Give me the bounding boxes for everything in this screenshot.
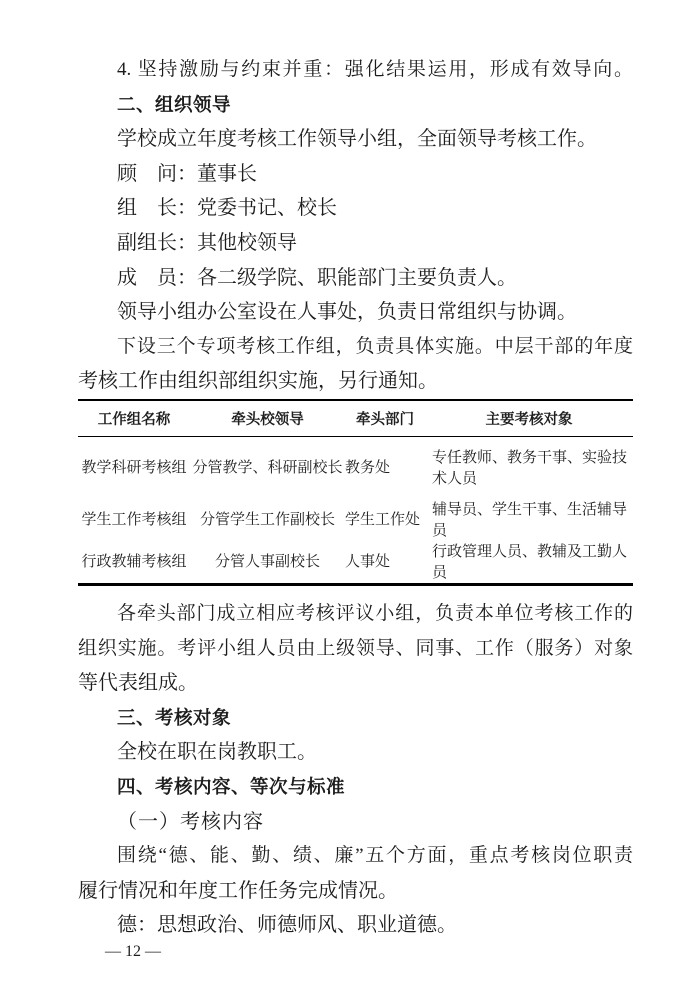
groups-paragraph-line-1: 下设三个专项考核工作组，负责具体实施。中层干部的年度	[78, 330, 633, 365]
review-panel-line-3: 等代表组成。	[78, 666, 633, 701]
cell-lead-leader: 分管教学、科研副校长	[190, 436, 345, 499]
cell-group-name: 学生工作考核组	[78, 499, 190, 541]
section-4-subheading-1: （一）考核内容	[78, 805, 633, 840]
groups-paragraph-line-2: 考核工作由组织部组织实施，另行通知。	[78, 364, 633, 399]
section-2-heading: 二、组织领导	[78, 88, 633, 123]
cell-lead-leader: 分管人事副校长	[190, 541, 345, 585]
col-header-group-name: 工作组名称	[78, 400, 190, 437]
section-4-heading: 四、考核内容、等次与标准	[78, 770, 633, 805]
role-advisor: 顾 问：董事长	[78, 157, 633, 192]
cell-main-targets: 行政管理人员、教辅及工勤人员	[425, 541, 633, 585]
col-header-main-targets: 主要考核对象	[425, 400, 633, 437]
col-header-lead-department: 牵头部门	[345, 400, 425, 437]
cell-lead-department: 人事处	[345, 541, 425, 585]
cell-main-targets: 专任教师、教务干事、实验技术人员	[425, 436, 633, 499]
assessment-groups-table: 工作组名称 牵头校领导 牵头部门 主要考核对象 教学科研考核组 分管教学、科研副…	[78, 399, 633, 586]
office-line: 领导小组办公室设在人事处，负责日常组织与协调。	[78, 295, 633, 330]
page-number: — 12 —	[78, 944, 633, 959]
table-row: 行政教辅考核组 分管人事副校长 人事处 行政管理人员、教辅及工勤人员	[78, 541, 633, 585]
table-header-row: 工作组名称 牵头校领导 牵头部门 主要考核对象	[78, 400, 633, 437]
cell-lead-department: 教务处	[345, 436, 425, 499]
table-row: 学生工作考核组 分管学生工作副校长 学生工作处 辅导员、学生干事、生活辅导员	[78, 499, 633, 541]
cell-lead-department: 学生工作处	[345, 499, 425, 541]
review-panel-line-1: 各牵头部门成立相应考核评议小组，负责本单位考核工作的	[78, 597, 633, 632]
section-2-intro: 学校成立年度考核工作领导小组，全面领导考核工作。	[78, 122, 633, 157]
text-block: 4. 坚持激励与约束并重：强化结果运用，形成有效导向。 二、组织领导 学校成立年…	[0, 0, 695, 959]
role-members: 成 员：各二级学院、职能部门主要负责人。	[78, 261, 633, 296]
cell-group-name: 行政教辅考核组	[78, 541, 190, 585]
section-3-heading: 三、考核对象	[78, 701, 633, 736]
review-panel-line-2: 组织实施。考评小组人员由上级领导、同事、工作（服务）对象	[78, 632, 633, 667]
document-page: 4. 坚持激励与约束并重：强化结果运用，形成有效导向。 二、组织领导 学校成立年…	[0, 0, 695, 1001]
role-leader: 组 长：党委书记、校长	[78, 191, 633, 226]
cell-group-name: 教学科研考核组	[78, 436, 190, 499]
table-row: 教学科研考核组 分管教学、科研副校长 教务处 专任教师、教务干事、实验技术人员	[78, 436, 633, 499]
content-scope-line-2: 履行情况和年度工作任务完成情况。	[78, 874, 633, 909]
content-scope-line-1: 围绕“德、能、勤、绩、廉”五个方面，重点考核岗位职责	[78, 839, 633, 874]
virtue-item-line: 德：思想政治、师德师风、职业道德。	[78, 908, 633, 943]
cell-lead-leader: 分管学生工作副校长	[190, 499, 345, 541]
after-table-block: 各牵头部门成立相应考核评议小组，负责本单位考核工作的 组织实施。考评小组人员由上…	[78, 597, 633, 943]
cell-main-targets: 辅导员、学生干事、生活辅导员	[425, 499, 633, 541]
col-header-lead-leader: 牵头校领导	[190, 400, 345, 437]
role-deputy-leader: 副组长：其他校领导	[78, 226, 633, 261]
section-3-body: 全校在职在岗教职工。	[78, 735, 633, 770]
principle-item-4: 4. 坚持激励与约束并重：强化结果运用，形成有效导向。	[78, 53, 633, 88]
